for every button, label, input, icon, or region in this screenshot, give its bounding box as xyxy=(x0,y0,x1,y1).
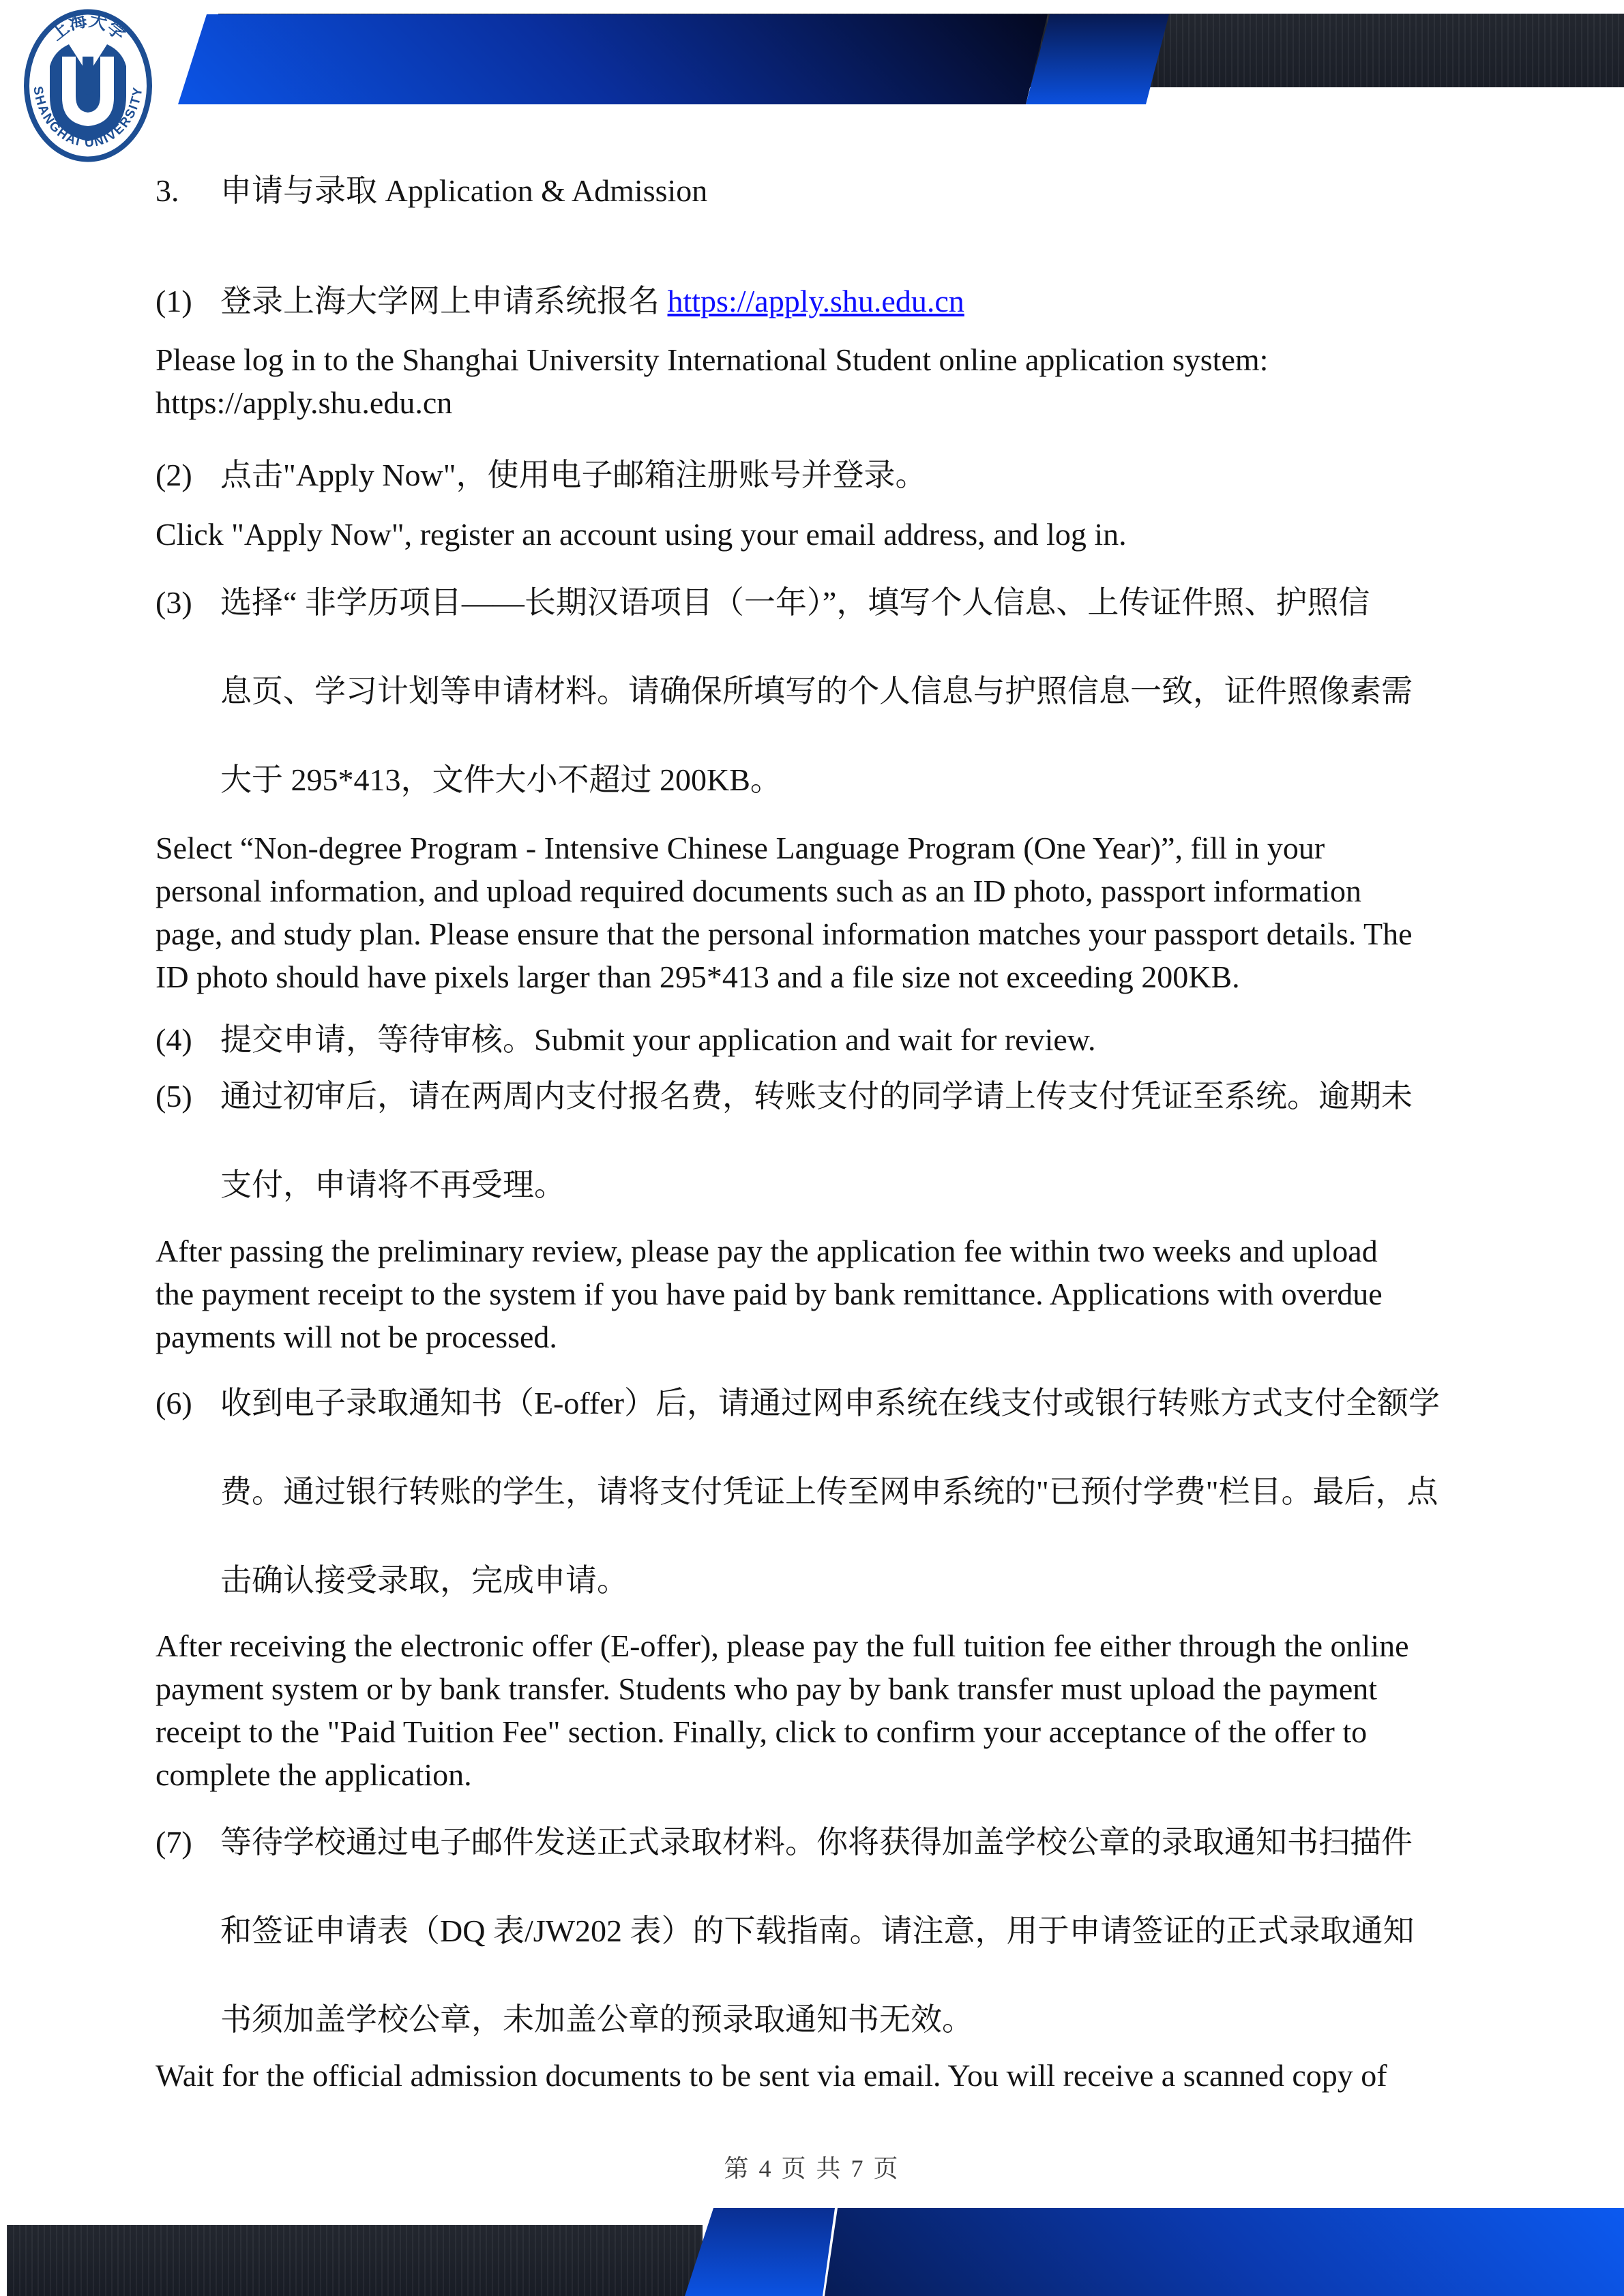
paragraph-line: receipt to the "Paid Tuition Fee" sectio… xyxy=(156,1710,1492,1753)
item-text: 选择“ 非学历项目——长期汉语项目（一年）”，填写个人信息、上传证件照、护照信 xyxy=(220,585,1370,620)
paragraph-line: page, and study plan. Please ensure that… xyxy=(156,912,1492,955)
english-paragraph-4: After passing the preliminary review, pl… xyxy=(156,1229,1492,1358)
paragraph-line: After passing the preliminary review, pl… xyxy=(156,1229,1492,1272)
university-logo: 上海大学 SHANGHAI UNIVERSITY xyxy=(24,9,152,162)
item-number: (6) xyxy=(156,1359,220,1448)
list-item-5: (5)通过初审后，请在两周内支付报名费，转账支付的同学请上传支付凭证至系统。逾期… xyxy=(156,1052,1492,1229)
paragraph-line: After receiving the electronic offer (E-… xyxy=(156,1624,1492,1667)
paragraph-line: complete the application. xyxy=(156,1753,1492,1796)
top-banner-blue-accent xyxy=(1026,14,1169,104)
paragraph-line: payments will not be processed. xyxy=(156,1315,1492,1358)
english-paragraph-6: Wait for the official admission document… xyxy=(156,2054,1492,2097)
logo-u-notch xyxy=(83,57,93,95)
item-text: 收到电子录取通知书（E-offer）后，请通过网申系统在线支付或银行转账方式支付… xyxy=(220,1386,1440,1420)
item-text: 息页、学习计划等申请材料。请确保所填写的个人信息与护照信息一致，证件照像素需 xyxy=(156,647,1492,736)
list-item-7: (7)等待学校通过电子邮件发送正式录取材料。你将获得加盖学校公章的录取通知书扫描… xyxy=(156,1798,1492,2064)
page-footer: 第 4 页 共 7 页 xyxy=(0,2148,1624,2189)
list-item-6: (6)收到电子录取通知书（E-offer）后，请通过网申系统在线支付或银行转账方… xyxy=(156,1359,1492,1625)
list-item-1: (1)登录上海大学网上申请系统报名 https://apply.shu.edu.… xyxy=(156,257,1492,346)
item-text: 等待学校通过电子邮件发送正式录取材料。你将获得加盖学校公章的录取通知书扫描件 xyxy=(220,1825,1413,1860)
item-text: 点击"Apply Now"，使用电子邮箱注册账号并登录。 xyxy=(220,458,927,492)
list-item-2: (2)点击"Apply Now"，使用电子邮箱注册账号并登录。 xyxy=(156,431,1492,520)
english-paragraph-1: Please log in to the Shanghai University… xyxy=(156,338,1492,424)
section-title: 申请与录取 Application & Admission xyxy=(220,173,707,208)
item-text: 大于 295*413，文件大小不超过 200KB。 xyxy=(156,736,1492,824)
item-number: (1) xyxy=(156,257,220,346)
paragraph-line: Click "Apply Now", register an account u… xyxy=(156,513,1492,556)
paragraph-line: https://apply.shu.edu.cn xyxy=(156,381,1492,424)
item-text: 书须加盖学校公章，未加盖公章的预录取通知书无效。 xyxy=(156,1976,1492,2064)
item-text: 费。通过银行转账的学生，请将支付凭证上传至网申系统的"已预付学费"栏目。最后，点 xyxy=(156,1448,1492,1536)
paragraph-line: payment system or by bank transfer. Stud… xyxy=(156,1667,1492,1710)
document-page: 上海大学 SHANGHAI UNIVERSITY 3.申请与录取 Applica… xyxy=(0,0,1624,2296)
list-item-3: (3)选择“ 非学历项目——长期汉语项目（一年）”，填写个人信息、上传证件照、护… xyxy=(156,558,1492,824)
paragraph-line: ID photo should have pixels larger than … xyxy=(156,955,1492,998)
paragraph-line: Please log in to the Shanghai University… xyxy=(156,338,1492,381)
bottom-banner-blue-main xyxy=(825,2208,1624,2296)
top-banner-blue-main xyxy=(178,14,1050,104)
item-text: 支付，申请将不再受理。 xyxy=(156,1141,1492,1229)
paragraph-line: Wait for the official admission document… xyxy=(156,2054,1492,2097)
bottom-banner-blue-accent xyxy=(685,2208,835,2296)
item-text: 和签证申请表（DQ 表/JW202 表）的下载指南。请注意，用于申请签证的正式录… xyxy=(156,1887,1492,1976)
english-paragraph-5: After receiving the electronic offer (E-… xyxy=(156,1624,1492,1796)
section-number: 3. xyxy=(156,170,220,211)
item-number: (3) xyxy=(156,558,220,647)
item-text: 击确认接受录取，完成申请。 xyxy=(156,1536,1492,1625)
paragraph-line: personal information, and upload require… xyxy=(156,869,1492,912)
paragraph-line: Select “Non-degree Program - Intensive C… xyxy=(156,826,1492,869)
item-number: (5) xyxy=(156,1052,220,1141)
section-heading: 3.申请与录取 Application & Admission xyxy=(156,170,1492,211)
english-paragraph-3: Select “Non-degree Program - Intensive C… xyxy=(156,826,1492,998)
apply-system-link[interactable]: https://apply.shu.edu.cn xyxy=(668,284,964,318)
item-number: (7) xyxy=(156,1798,220,1887)
item-text: 登录上海大学网上申请系统报名 xyxy=(220,284,668,318)
item-number: (2) xyxy=(156,431,220,520)
english-paragraph-2: Click "Apply Now", register an account u… xyxy=(156,513,1492,556)
bottom-banner-dark-bar xyxy=(7,2225,703,2296)
paragraph-line: the payment receipt to the system if you… xyxy=(156,1272,1492,1315)
item-text: 通过初审后，请在两周内支付报名费，转账支付的同学请上传支付凭证至系统。逾期未 xyxy=(220,1079,1413,1114)
